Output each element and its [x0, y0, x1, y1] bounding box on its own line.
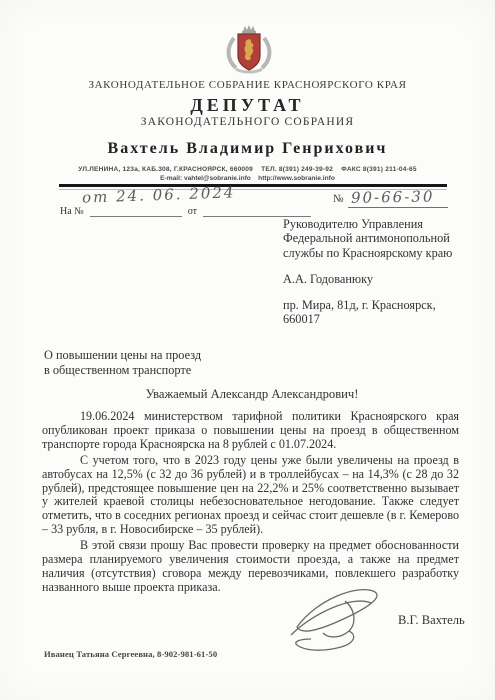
handwritten-outgoing-number: 90-66-30	[351, 187, 447, 207]
recipient-line: службы по Красноярскому краю	[283, 246, 463, 260]
executor-contact: Иванец Татьяна Сергеевна, 8-902-981-61-5…	[44, 649, 217, 659]
ot-label: от	[188, 206, 197, 217]
letterhead-contact-line: E-mail: vahtel@sobranie.info http://www.…	[0, 175, 495, 182]
scanned-letter-page: ЗАКОНОДАТЕЛЬНОЕ СОБРАНИЕ КРАСНОЯРСКОГО К…	[0, 0, 495, 700]
organization-title: ЗАКОНОДАТЕЛЬНОЕ СОБРАНИЕ КРАСНОЯРСКОГО К…	[0, 79, 495, 91]
recipient-line: Руководителю Управления	[283, 217, 463, 231]
recipient-line: Федеральной антимонопольной	[283, 231, 463, 245]
na-number-label: На №	[60, 206, 84, 217]
subject-block: О повышении цены на проезд в общественно…	[44, 348, 264, 378]
deputy-name: Вахтель Владимир Генрихович	[0, 140, 495, 158]
letterhead-role-subtitle: ЗАКОНОДАТЕЛЬНОГО СОБРАНИЯ	[0, 116, 495, 128]
subject-line: О повышении цены на проезд	[44, 348, 264, 363]
subject-line: в общественном транспорте	[44, 363, 264, 378]
ot-blank-line	[203, 206, 311, 217]
recipient-address-line: пр. Мира, 81д, г. Красноярск,	[283, 298, 463, 312]
incoming-reference-row: На №от	[60, 206, 311, 217]
body-paragraph: 19.06.2024 министерством тарифной полити…	[42, 410, 459, 452]
signer-name: В.Г. Вахтель	[398, 613, 465, 628]
spacer	[283, 260, 463, 272]
letterhead-role-title: ДЕПУТАТ	[0, 95, 495, 116]
signature-handwriting	[283, 583, 401, 655]
recipient-block: Руководителю Управления Федеральной анти…	[283, 217, 463, 327]
spacer	[283, 286, 463, 298]
recipient-address-line: 660017	[283, 312, 463, 326]
na-number-blank-line	[90, 206, 182, 217]
krasnoyarsk-coat-of-arms-icon	[224, 24, 274, 76]
recipient-person-name: А.А. Годованюку	[283, 272, 463, 286]
body-paragraph: С учетом того, что в 2023 году цены уже …	[42, 454, 459, 537]
number-blank-line	[348, 207, 448, 208]
letter-body: 19.06.2024 министерством тарифной полити…	[42, 410, 459, 597]
number-label: №	[333, 193, 344, 205]
letterhead-address-line: УЛ.ЛЕНИНА, 123а, КАБ.308, Г.КРАСНОЯРСК, …	[0, 166, 495, 173]
salutation: Уважаемый Александр Александрович!	[42, 387, 462, 402]
